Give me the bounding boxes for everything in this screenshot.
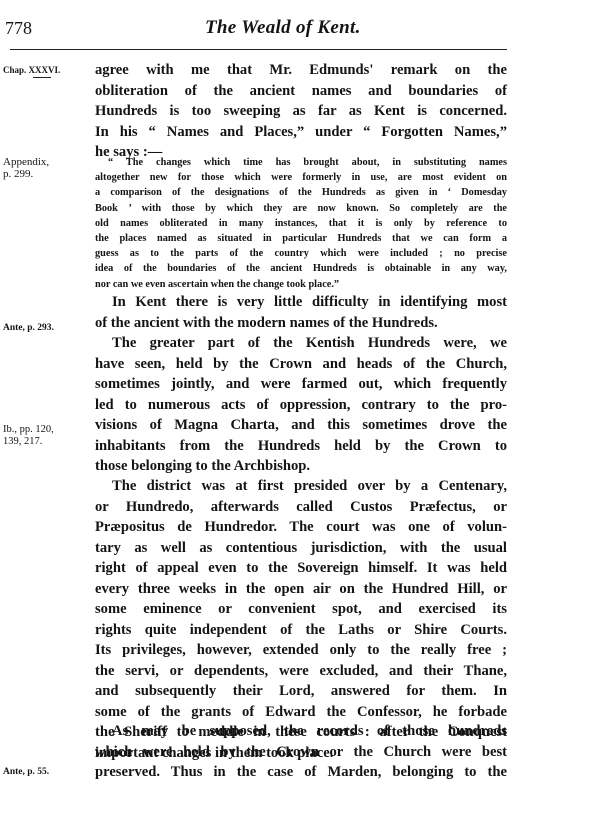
paragraph-5: As may be supposed, the records of those…: [95, 721, 507, 783]
quote-line: a comparison of the designations of the …: [95, 185, 507, 200]
running-title: The Weald of Kent.: [205, 17, 361, 39]
text-line: and subsequently their Lord, answered fo…: [95, 681, 507, 702]
text-line: sometimes jointly, and were farmed out, …: [95, 374, 507, 395]
margin-note-ib: Ib., pp. 120, 139, 217.: [3, 424, 54, 448]
quote-line: the places named as situated in particul…: [95, 231, 507, 246]
text-line: which were held by the Crown or the Chur…: [95, 742, 507, 763]
margin-note-appendix-line2: p. 299.: [3, 168, 33, 180]
quote-line: nor can we even ascertain when the chang…: [95, 277, 507, 292]
header-rule: [10, 49, 507, 50]
page-header: 778 The Weald of Kent.: [5, 6, 508, 46]
page-number: 778: [5, 18, 32, 39]
text-line: inhabitants from the Hundreds held by th…: [95, 436, 507, 457]
text-line: or Hundredo, afterwards called Custos Pr…: [95, 497, 507, 518]
text-line: every three weeks in the open air on the…: [95, 579, 507, 600]
margin-note-ante-293: Ante, p. 293.: [3, 323, 54, 334]
text-line: Its privileges, however, extended only t…: [95, 640, 507, 661]
quote-line: guess as to the parts of the country whi…: [95, 246, 507, 261]
quote-line: altogether new for those which were form…: [95, 170, 507, 185]
text-line: some of the grants of Edward the Confess…: [95, 702, 507, 723]
margin-note-appendix-line1: Appendix,: [3, 156, 49, 168]
quote-line: “ The changes which time has brought abo…: [95, 155, 507, 170]
paragraph-4: The district was at first presided over …: [95, 476, 507, 763]
text-line: Hundreds is too sweeping as far as Kent …: [95, 101, 507, 122]
text-line: obliteration of the ancient names and bo…: [95, 81, 507, 102]
text-line: As may be supposed, the records of those…: [95, 721, 507, 742]
text-line: have seen, held by the Crown and heads o…: [95, 354, 507, 375]
text-line: The district was at first presided over …: [95, 476, 507, 497]
margin-note-ante-55: Ante, p. 55.: [3, 767, 49, 778]
text-line: tary as well as contentious jurisdiction…: [95, 538, 507, 559]
text-line: right of appeal even to the Sovereign hi…: [95, 558, 507, 579]
margin-note-appendix: Appendix, p. 299.: [3, 156, 49, 180]
text-line: rights quite independent of the Laths or…: [95, 620, 507, 641]
paragraph-2: In Kent there is very little difficulty …: [95, 292, 507, 333]
margin-note-ante-55-text: Ante, p. 55.: [3, 767, 49, 777]
chapter-mark-rule: [33, 77, 51, 78]
text-line: those belonging to the Archbishop.: [95, 456, 507, 477]
text-line: preserved. Thus in the case of Marden, b…: [95, 762, 507, 783]
paragraph-1: agree with me that Mr. Edmunds' remark o…: [95, 60, 507, 163]
text-line: visions of Magna Charta, and this someti…: [95, 415, 507, 436]
quote-line: old names obliterated in many instances,…: [95, 216, 507, 231]
paragraph-3: The greater part of the Kentish Hundreds…: [95, 333, 507, 477]
margin-note-ib-line2: 139, 217.: [3, 436, 42, 447]
quote-line: idea of the boundaries of the ancient Hu…: [95, 261, 507, 276]
text-line: In his “ Names and Places,” under “ Forg…: [95, 122, 507, 143]
text-line: of the ancient with the modern names of …: [95, 313, 507, 334]
text-line: the servi, or dependents, were excluded,…: [95, 661, 507, 682]
text-line: agree with me that Mr. Edmunds' remark o…: [95, 60, 507, 81]
text-line: Præpositus de Hundredor. The court was o…: [95, 517, 507, 538]
text-line: The greater part of the Kentish Hundreds…: [95, 333, 507, 354]
text-line: some eminence or convenient spot, and ex…: [95, 599, 507, 620]
text-line: led to numerous acts of oppression, cont…: [95, 395, 507, 416]
quote-line: Book ’ with those by which they are now …: [95, 201, 507, 216]
quotation-block: “ The changes which time has brought abo…: [95, 155, 507, 292]
margin-note-chapter: Chap. XXXVI.: [3, 65, 60, 77]
margin-note-chapter-text: Chap. XXXVI.: [3, 65, 60, 75]
margin-note-ib-line1: Ib., pp. 120,: [3, 424, 54, 435]
margin-note-ante-293-text: Ante, p. 293.: [3, 323, 54, 333]
text-line: In Kent there is very little difficulty …: [95, 292, 507, 313]
